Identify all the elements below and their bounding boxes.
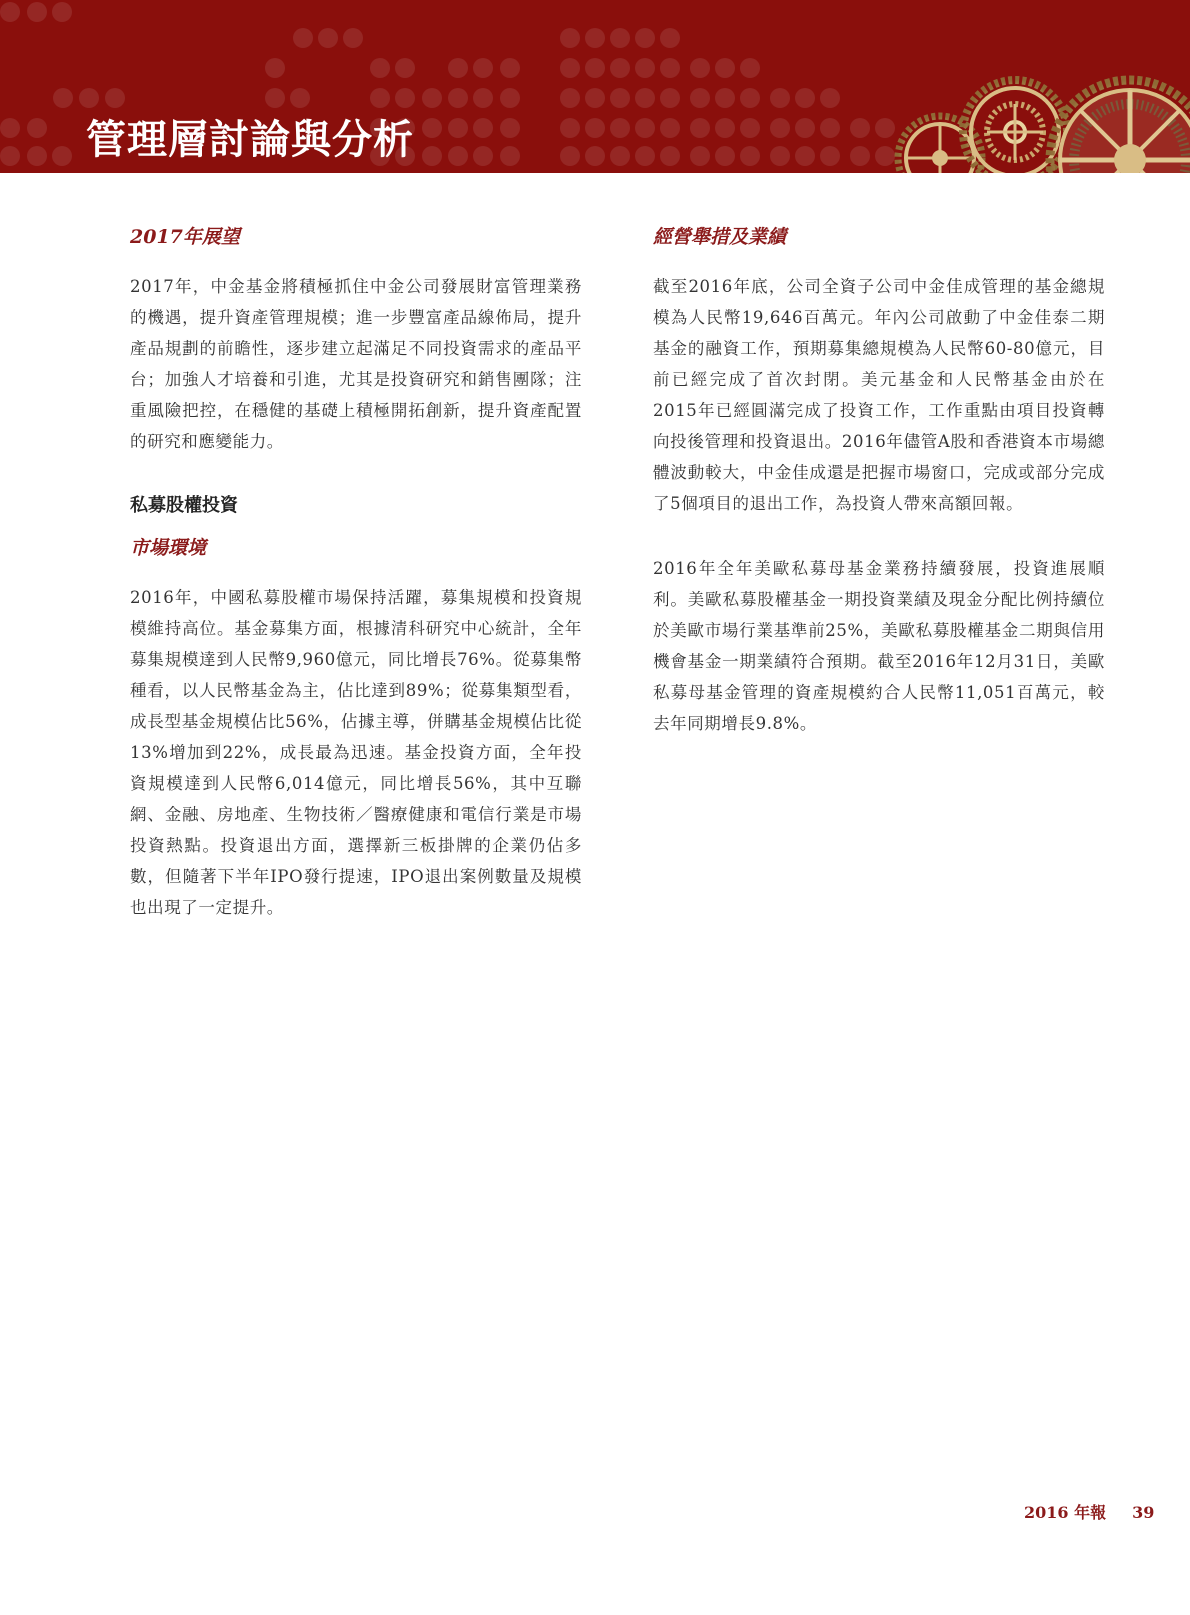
decor-dot bbox=[610, 146, 630, 166]
decor-dot bbox=[52, 2, 72, 22]
page-number: 39 bbox=[1132, 1503, 1154, 1522]
decor-dot bbox=[795, 146, 815, 166]
decor-dot bbox=[105, 88, 125, 108]
decor-dot bbox=[635, 88, 655, 108]
decor-dot bbox=[560, 28, 580, 48]
decor-dot bbox=[560, 88, 580, 108]
operations-paragraph-2: 2016年全年美歐私募母基金業務持續發展，投資進展順利。美歐私募股權基金一期投資… bbox=[653, 553, 1105, 739]
decor-dot bbox=[500, 146, 520, 166]
decor-dot bbox=[660, 58, 680, 78]
outlook-paragraph: 2017年，中金基金將積極抓住中金公司發展財富管理業務的機遇，提升資產管理規模；… bbox=[130, 271, 582, 457]
decor-dot bbox=[0, 118, 20, 138]
decor-dot bbox=[500, 58, 520, 78]
decor-dot bbox=[690, 146, 710, 166]
decor-dot bbox=[610, 88, 630, 108]
gear-icon bbox=[1050, 80, 1190, 173]
decor-dot bbox=[740, 118, 760, 138]
decor-dot bbox=[500, 118, 520, 138]
decor-dot bbox=[265, 58, 285, 78]
decor-dot bbox=[27, 118, 47, 138]
decor-dot bbox=[473, 88, 493, 108]
decor-dot bbox=[448, 58, 468, 78]
outlook-heading: 2017年展望 bbox=[130, 222, 582, 249]
decor-dot bbox=[850, 146, 870, 166]
decor-dot bbox=[660, 118, 680, 138]
decor-dot bbox=[395, 58, 415, 78]
market-environment-paragraph: 2016年，中國私募股權市場保持活躍，募集規模和投資規模維持高位。基金募集方面，… bbox=[130, 582, 582, 923]
decor-dot bbox=[0, 146, 20, 166]
decor-dot bbox=[690, 58, 710, 78]
gears-illustration bbox=[890, 40, 1190, 173]
header-banner: 管理層討論與分析 bbox=[0, 0, 1190, 173]
decor-dot bbox=[635, 28, 655, 48]
decor-dot bbox=[79, 88, 99, 108]
decor-dot bbox=[370, 88, 390, 108]
decor-dot bbox=[585, 28, 605, 48]
decor-dot bbox=[795, 88, 815, 108]
decor-dot bbox=[560, 58, 580, 78]
decor-dot bbox=[395, 88, 415, 108]
decor-dot bbox=[795, 118, 815, 138]
decor-dot bbox=[585, 118, 605, 138]
decor-dot bbox=[448, 146, 468, 166]
decor-dot bbox=[740, 58, 760, 78]
decor-dot bbox=[448, 88, 468, 108]
decor-dot bbox=[265, 88, 285, 108]
decor-dot bbox=[610, 58, 630, 78]
decor-dot bbox=[820, 118, 840, 138]
decor-dot bbox=[53, 88, 73, 108]
decor-dot bbox=[52, 146, 72, 166]
decor-dot bbox=[740, 146, 760, 166]
page-title: 管理層討論與分析 bbox=[86, 108, 414, 165]
decor-dot bbox=[635, 118, 655, 138]
decor-dot bbox=[850, 118, 870, 138]
decor-dot bbox=[500, 88, 520, 108]
decor-dot bbox=[473, 146, 493, 166]
operations-paragraph-1: 截至2016年底，公司全資子公司中金佳成管理的基金總規模為人民幣19,646百萬… bbox=[653, 271, 1105, 519]
left-column: 2017年展望 2017年，中金基金將積極抓住中金公司發展財富管理業務的機遇，提… bbox=[130, 222, 582, 957]
decor-dot bbox=[27, 146, 47, 166]
decor-dot bbox=[448, 118, 468, 138]
operations-heading: 經營舉措及業績 bbox=[653, 222, 1105, 249]
decor-dot bbox=[715, 146, 735, 166]
decor-dot bbox=[585, 88, 605, 108]
decor-dot bbox=[473, 58, 493, 78]
decor-dot bbox=[635, 58, 655, 78]
decor-dot bbox=[660, 146, 680, 166]
decor-dot bbox=[0, 2, 20, 22]
decor-dot bbox=[690, 88, 710, 108]
decor-dot bbox=[473, 118, 493, 138]
decor-dot bbox=[690, 118, 710, 138]
decor-dot bbox=[770, 146, 790, 166]
decor-dot bbox=[715, 58, 735, 78]
right-column: 經營舉措及業績 截至2016年底，公司全資子公司中金佳成管理的基金總規模為人民幣… bbox=[653, 222, 1105, 773]
decor-dot bbox=[370, 58, 390, 78]
decor-dot bbox=[715, 118, 735, 138]
decor-dot bbox=[422, 88, 442, 108]
decor-dot bbox=[560, 118, 580, 138]
decor-dot bbox=[820, 146, 840, 166]
decor-dot bbox=[585, 58, 605, 78]
decor-dot bbox=[318, 28, 338, 48]
decor-dot bbox=[610, 118, 630, 138]
decor-dot bbox=[740, 88, 760, 108]
decor-dot bbox=[660, 88, 680, 108]
decor-dot bbox=[820, 88, 840, 108]
private-equity-heading: 私募股權投資 bbox=[130, 491, 582, 517]
market-environment-heading: 市場環境 bbox=[130, 533, 582, 560]
report-label: 2016 年報 bbox=[1024, 1503, 1106, 1522]
decor-dot bbox=[635, 146, 655, 166]
decor-dot bbox=[422, 146, 442, 166]
decor-dot bbox=[660, 28, 680, 48]
decor-dot bbox=[770, 88, 790, 108]
decor-dot bbox=[610, 28, 630, 48]
decor-dot bbox=[422, 118, 442, 138]
decor-dot bbox=[343, 28, 363, 48]
page-footer: 2016 年報39 bbox=[1024, 1500, 1154, 1523]
decor-dot bbox=[293, 28, 313, 48]
decor-dot bbox=[770, 118, 790, 138]
decor-dot bbox=[560, 146, 580, 166]
decor-dot bbox=[290, 88, 310, 108]
decor-dot bbox=[715, 88, 735, 108]
decor-dot bbox=[27, 2, 47, 22]
gear-icon bbox=[898, 116, 982, 173]
decor-dot bbox=[585, 146, 605, 166]
